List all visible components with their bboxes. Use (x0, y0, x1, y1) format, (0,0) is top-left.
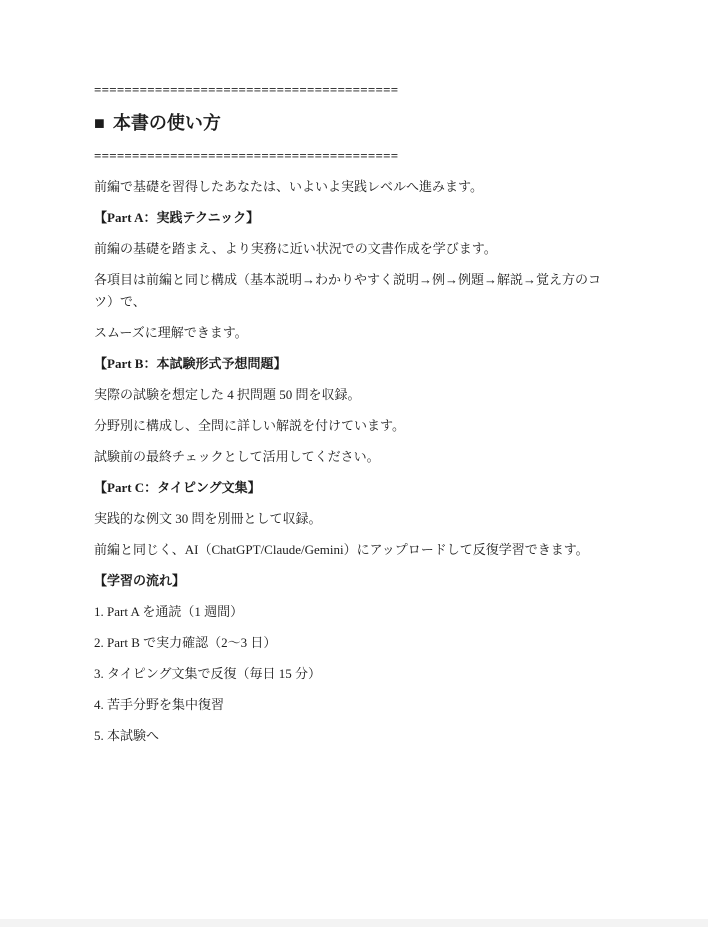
separator-line-top: ======================================== (94, 79, 614, 101)
part-b-heading: 【Part B：本試験形式予想問題】 (94, 353, 614, 375)
part-a-paragraph-3: スムーズに理解できます。 (94, 322, 614, 344)
part-c-heading: 【Part C：タイピング文集】 (94, 477, 614, 499)
part-a-paragraph-2-line-2: ツ）で、 (94, 291, 614, 313)
page-title: ■本書の使い方 (94, 110, 614, 136)
part-c-paragraph-1: 実践的な例文 30 問を別冊として収録。 (94, 508, 614, 530)
flow-step-1: 1. Part A を通読（1 週間） (94, 601, 614, 623)
part-b-paragraph-2: 分野別に構成し、全問に詳しい解説を付けています。 (94, 415, 614, 437)
part-b-paragraph-1: 実際の試験を想定した 4 択問題 50 問を収録。 (94, 384, 614, 406)
flow-step-3: 3. タイピング文集で反復（毎日 15 分） (94, 663, 614, 685)
part-b-paragraph-3: 試験前の最終チェックとして活用してください。 (94, 446, 614, 468)
square-bullet-icon: ■ (94, 113, 105, 133)
part-a-heading: 【Part A：実践テクニック】 (94, 207, 614, 229)
learning-flow-heading: 【学習の流れ】 (94, 570, 614, 592)
document-content: ========================================… (0, 0, 708, 747)
document-page: ========================================… (0, 0, 708, 919)
flow-step-2: 2. Part B で実力確認（2〜3 日） (94, 632, 614, 654)
flow-step-4: 4. 苦手分野を集中復習 (94, 694, 614, 716)
separator-line-bottom: ======================================== (94, 145, 614, 167)
page-title-text: 本書の使い方 (113, 113, 221, 133)
part-c-paragraph-2: 前編と同じく、AI（ChatGPT/Claude/Gemini）にアップロードし… (94, 539, 614, 561)
part-a-paragraph-2-line-1: 各項目は前編と同じ構成（基本説明→わかりやすく説明→例→例題→解説→覚え方のコ (94, 269, 614, 291)
intro-paragraph: 前編で基礎を習得したあなたは、いよいよ実践レベルへ進みます。 (94, 176, 614, 198)
flow-step-5: 5. 本試験へ (94, 725, 614, 747)
part-a-paragraph-1: 前編の基礎を踏まえ、より実務に近い状況での文書作成を学びます。 (94, 238, 614, 260)
